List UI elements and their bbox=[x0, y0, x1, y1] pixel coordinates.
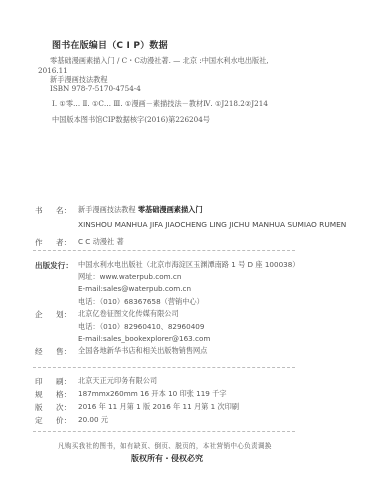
title-label-char1: 书 bbox=[35, 205, 43, 216]
cip-line-date: 2016.11 bbox=[38, 66, 68, 75]
planner-label-char1: 企 bbox=[35, 309, 43, 320]
divider bbox=[33, 367, 295, 368]
spec-label-char1: 规 bbox=[35, 389, 43, 400]
printing-value: 北京天正元印务有限公司 bbox=[78, 376, 157, 386]
divider bbox=[33, 250, 295, 251]
title-series: 新手漫画技法教程 bbox=[78, 205, 136, 214]
publisher-website: 网址：www.waterpub.com.cn bbox=[78, 272, 181, 282]
printing-label-char2: 刷： bbox=[56, 376, 71, 387]
cip-line-isbn: ISBN 978-7-5170-4754-4 bbox=[50, 84, 141, 93]
distribution-label-char2: 售： bbox=[56, 346, 71, 357]
replacement-notice: 凡购买我社的图书，如有缺页、倒页、脱页的，本社营销中心负责调换 bbox=[58, 440, 272, 450]
price-label-char1: 定 bbox=[35, 415, 43, 426]
edition-label-char2: 次： bbox=[56, 402, 71, 413]
cip-number: 中国版本图书馆CIP数据核字(2016)第226204号 bbox=[52, 115, 210, 125]
edition-label-char1: 版 bbox=[35, 402, 43, 413]
author-label-char1: 作 bbox=[35, 237, 43, 248]
title-label-char2: 名： bbox=[56, 205, 71, 216]
spec-label-char2: 格： bbox=[56, 389, 71, 400]
cip-line-title: 零基础漫画素描入门 / C・C动漫社著. — 北京 :中国水利水电出版社, bbox=[50, 56, 269, 66]
publisher-email: E-mail:sales@waterpub.com.cn bbox=[78, 284, 191, 293]
publisher-phone: 电话：（010）68367658（营销中心） bbox=[78, 297, 204, 307]
divider bbox=[33, 431, 295, 432]
price-label-char2: 价： bbox=[56, 415, 71, 426]
copyright-notice: 版权所有・侵权必究 bbox=[131, 453, 203, 464]
author-label-char2: 者： bbox=[56, 237, 71, 248]
publisher-value: 中国水利水电出版社（北京市海淀区玉渊潭南路 1 号 D 座 100038） bbox=[78, 260, 299, 270]
spec-value: 187mmx260mm 16 开本 10 印张 119 千字 bbox=[78, 389, 227, 399]
planner-value: 北京亿卷征图文化传媒有限公司 bbox=[78, 309, 179, 319]
distribution-value: 全国各地新华书店和相关出版物销售网点 bbox=[78, 346, 207, 356]
title-name: 零基础漫画素描入门 bbox=[138, 205, 203, 214]
publisher-label: 出版发行： bbox=[35, 260, 73, 271]
author-value: C C 动漫社 著 bbox=[78, 237, 124, 247]
planner-label-char2: 划： bbox=[56, 309, 71, 320]
planner-email: E-mail:sales_bookexplorer@163.com bbox=[78, 334, 210, 343]
price-value: 20.00 元 bbox=[78, 415, 108, 425]
cip-classification: Ⅰ. ①零… Ⅱ. ①C… Ⅲ. ①漫画－素描技法－教材Ⅳ. ①J218.2②J… bbox=[52, 99, 268, 109]
distribution-label-char1: 经 bbox=[35, 346, 43, 357]
title-value: 新手漫画技法教程 零基础漫画素描入门 bbox=[78, 205, 203, 215]
edition-value: 2016 年 11 月第 1 版 2016 年 11 月第 1 次印刷 bbox=[78, 402, 239, 412]
planner-phone: 电话：（010）82960410、82960409 bbox=[78, 322, 204, 332]
cip-heading: 图书在版编目（C I P）数据 bbox=[52, 38, 168, 51]
title-pinyin: XINSHOU MANHUA JIFA JIAOCHENG LING JICHU… bbox=[78, 220, 346, 229]
printing-label-char1: 印 bbox=[35, 376, 43, 387]
